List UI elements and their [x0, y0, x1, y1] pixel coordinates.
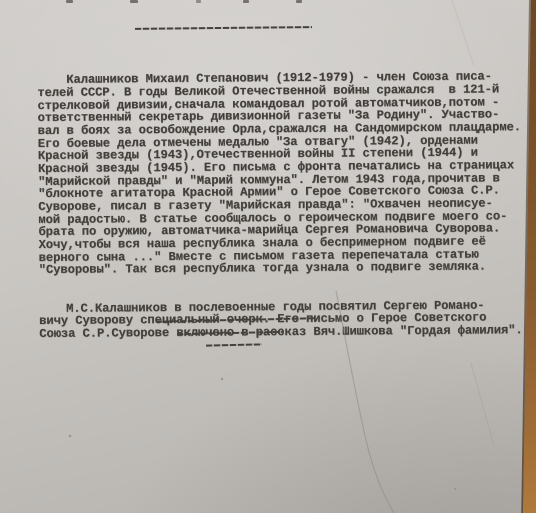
- typed-line: "Суворовы". Так вся республика тогда узн…: [39, 261, 536, 278]
- cropped-text-remnant: [66, 0, 73, 3]
- cropped-text-remnant: [243, 0, 249, 3]
- typed-line: Союза С.Р.Суворове включено в рассказ Вя…: [39, 324, 536, 341]
- cropped-text-remnant: [130, 0, 138, 3]
- cropped-text-remnant: [296, 0, 302, 3]
- top-divider-line: [135, 26, 312, 30]
- paragraph-biography: Калашников Михаил Степанович (1912-1979)…: [37, 70, 536, 277]
- scanned-document-photo: Калашников Михаил Степанович (1912-1979)…: [0, 0, 536, 513]
- cropped-text-remnant: [196, 0, 201, 3]
